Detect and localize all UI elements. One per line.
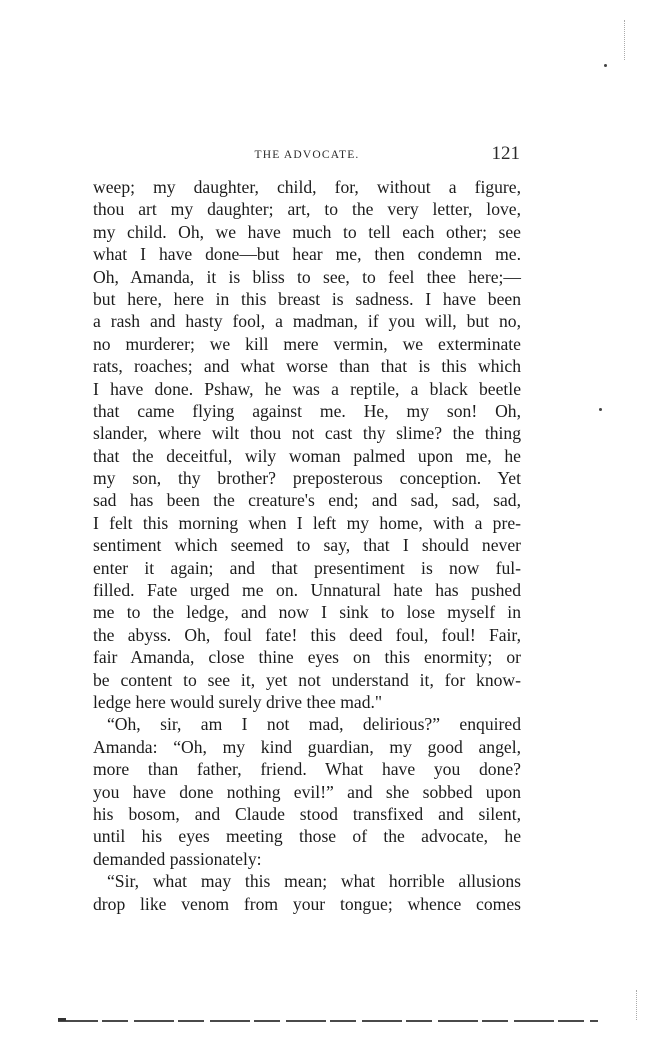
text-line: slander, where wilt thou not cast thy sl… [93,422,521,444]
text-line: me to the ledge, and now I sink to lose … [93,601,521,623]
text-line: no murderer; we kill mere vermin, we ext… [93,333,521,355]
text-line: thou art my daughter; art, to the very l… [93,198,521,220]
text-line: my son, thy brother? preposterous concep… [93,467,521,489]
text-line: fair Amanda, close thine eyes on this en… [93,646,521,668]
page-number: 121 [492,143,521,165]
text-line: sad has been the creature's end; and sad… [93,489,521,511]
text-line: “Sir, what may this mean; what horrible … [93,870,521,892]
text-line: that came flying against me. He, my son!… [93,400,521,422]
text-line: more than father, friend. What have you … [93,758,521,780]
text-line: a rash and hasty fool, a madman, if you … [93,310,521,332]
scan-edge-mark [624,20,625,60]
text-line: drop like venom from your tongue; whence… [93,893,521,915]
running-title: THE ADVOCATE. [94,149,520,161]
text-line: his bosom, and Claude stood transfixed a… [93,803,521,825]
text-line: sentiment which seemed to say, that I sh… [93,534,521,556]
text-line: I have done. Pshaw, he was a reptile, a … [93,378,521,400]
text-line: until his eyes meeting those of the advo… [93,825,521,847]
text-line: what I have done—but hear me, then conde… [93,243,521,265]
scan-speck [604,64,607,67]
scan-mark [58,1018,66,1021]
text-line: rats, roaches; and what worse than that … [93,355,521,377]
text-line: weep; my daughter, child, for, without a… [93,176,521,198]
text-line: ledge here would surely drive thee mad." [93,691,521,713]
text-line: Amanda: “Oh, my kind guardian, my good a… [93,736,521,758]
text-line: “Oh, sir, am I not mad, delirious?” enqu… [93,713,521,735]
text-line: but here, here in this breast is sadness… [93,288,521,310]
text-line: filled. Fate urged me on. Unnatural hate… [93,579,521,601]
text-line: I felt this morning when I left my home,… [93,512,521,534]
running-head: THE ADVOCATE. 121 [94,143,520,167]
text-line: Oh, Amanda, it is bliss to see, to feel … [93,266,521,288]
text-line: demanded passionately: [93,848,521,870]
bottom-scan-rule [58,1020,598,1022]
scan-speck [599,408,602,411]
text-line: you have done nothing evil!” and she sob… [93,781,521,803]
book-page: THE ADVOCATE. 121 weep; my daughter, chi… [0,0,650,1046]
text-line: my child. Oh, we have much to tell each … [93,221,521,243]
text-line: enter it again; and that presentiment is… [93,557,521,579]
text-line: the abyss. Oh, foul fate! this deed foul… [93,624,521,646]
body-text: weep; my daughter, child, for, without a… [93,176,521,915]
text-line: be content to see it, yet not understand… [93,669,521,691]
scan-edge-mark [636,990,637,1020]
text-line: that the deceitful, wily woman palmed up… [93,445,521,467]
